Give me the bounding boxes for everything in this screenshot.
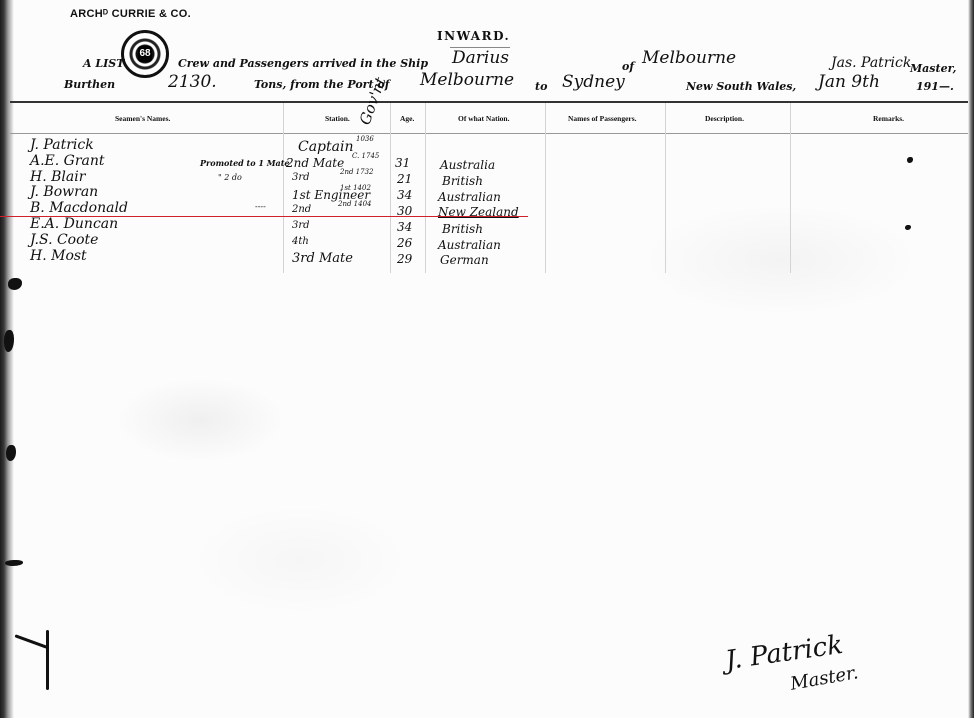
column-divider — [545, 103, 546, 273]
station: 3rd Mate — [292, 251, 353, 266]
seaman-name: J. Bowran — [30, 184, 98, 200]
age: 34 — [397, 220, 412, 234]
nation: British — [442, 174, 483, 188]
from-port: Melbourne — [420, 70, 514, 90]
col-remarks: Remarks. — [873, 114, 904, 123]
certificate: 2nd 1404 — [338, 200, 371, 208]
printer-imprint: ARCHᴰ CURRIE & CO. — [70, 8, 191, 20]
seaman-name: H. Blair — [30, 169, 85, 185]
to-port: Sydney — [562, 72, 625, 92]
age: 31 — [395, 156, 410, 170]
station: 2nd Mate — [286, 156, 344, 170]
age: 21 — [397, 172, 412, 186]
col-age: Age. — [400, 114, 414, 123]
station: 3rd — [292, 220, 310, 231]
station: 4th — [292, 236, 309, 247]
region-label: New South Wales, — [686, 80, 796, 93]
ink-stroke — [46, 630, 49, 690]
seaman-name: J. Patrick — [30, 137, 94, 153]
tonnage-value: 2130. — [168, 72, 217, 92]
master-label: Master, — [910, 62, 956, 75]
arrival-date: Jan 9th — [818, 72, 880, 92]
header-bottom-rule — [10, 133, 968, 134]
ship-name: Darius — [452, 48, 509, 68]
seaman-name: A.E. Grant — [30, 153, 105, 169]
col-station: Station. — [325, 114, 350, 123]
nation: German — [440, 253, 489, 267]
remark-note: " 2 do — [218, 173, 242, 182]
certificate: 1st 1402 — [340, 184, 371, 192]
seaman-name: E.A. Duncan — [30, 216, 118, 232]
col-description: Description. — [705, 114, 744, 123]
column-divider — [390, 103, 391, 273]
home-port: Melbourne — [642, 48, 736, 68]
column-divider — [790, 103, 791, 273]
station: 3rd — [292, 172, 310, 183]
to-label: to — [535, 80, 547, 93]
age: 34 — [397, 188, 412, 202]
paper-texture — [0, 0, 974, 718]
column-divider — [425, 103, 426, 273]
nation: Australian — [438, 238, 501, 252]
station: Captain — [298, 139, 354, 155]
form-prefix: A LIST — [83, 57, 124, 70]
certificate: 2nd 1732 — [340, 168, 373, 176]
table-top-rule — [10, 101, 968, 103]
certificate: 1036 — [356, 135, 374, 143]
arrival-year: 191—. — [916, 80, 954, 93]
col-seamens-names: Seamen's Names. — [115, 114, 170, 123]
column-divider — [283, 103, 284, 273]
seaman-name: B. Macdonald — [30, 200, 128, 216]
age: 26 — [397, 236, 412, 250]
seaman-name: J.S. Coote — [30, 232, 98, 248]
remark-note: ---- — [255, 202, 266, 211]
nation: British — [442, 222, 483, 236]
master-name: Jas. Patrick — [831, 55, 911, 71]
manifest-page: ARCHᴰ CURRIE & CO. INWARD. 68 A LIST Cre… — [0, 0, 974, 718]
stamp-number: 68 — [138, 46, 152, 62]
certificate: C. 1745 — [352, 152, 379, 160]
page-edge-left — [0, 0, 14, 718]
col-passenger-names: Names of Passengers. — [568, 114, 637, 123]
form-line1-text: Crew and Passengers arrived in the Ship — [178, 57, 428, 70]
column-divider — [665, 103, 666, 273]
official-stamp: 68 — [121, 30, 169, 78]
age: 29 — [397, 252, 412, 266]
document-title: INWARD. — [437, 29, 510, 43]
remark-note: Promoted to 1 Mate — [200, 158, 290, 168]
seaman-name: H. Most — [30, 248, 87, 264]
nation: Australia — [440, 158, 495, 172]
burthen-label: Burthen — [64, 78, 115, 91]
nation: Australian — [438, 190, 501, 204]
page-edge-right — [968, 0, 974, 718]
col-nation: Of what Nation. — [458, 114, 509, 123]
station: 2nd — [292, 204, 311, 215]
